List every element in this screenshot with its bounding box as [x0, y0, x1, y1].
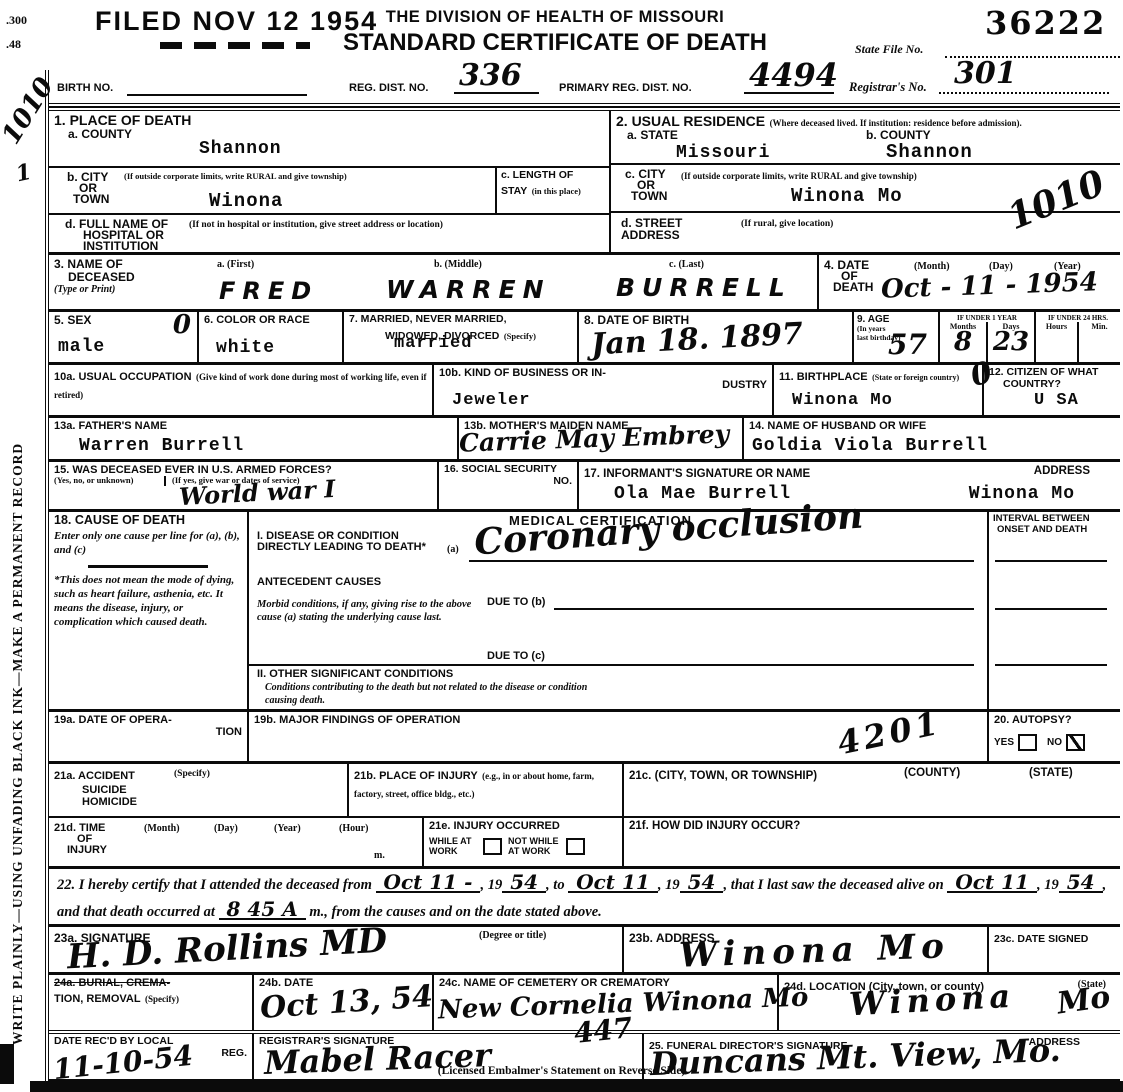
field-7-value: married	[394, 334, 472, 353]
section-23a-signature: 23a. SIGNATURE (Degree or title) H. D. R…	[49, 927, 624, 972]
field-23b-value: Winona Mo	[678, 926, 950, 975]
interval-line-c	[995, 664, 1107, 666]
row-time-of-injury: 21d. TIME OF INJURY (Month) (Day) (Year)…	[49, 816, 1120, 866]
row-parents: 13a. FATHER'S NAME Warren Burrell 13b. M…	[49, 415, 1120, 459]
field-1d-hospital: d. FULL NAME OF HOSPITAL OR INSTITUTION …	[49, 213, 609, 252]
field-24a-label-2: TION, REMOVAL	[54, 993, 141, 1005]
section-23b-address: 23b. ADDRESS Winona Mo	[624, 927, 989, 972]
field-16-label-1: 16. SOCIAL SECURITY	[444, 464, 572, 476]
registrar-no-label: Registrar's No.	[849, 80, 927, 96]
days-col: Days 23	[988, 322, 1034, 362]
section-14-spouse: 14. NAME OF HUSBAND OR WIFE Goldia Viola…	[744, 418, 1120, 459]
due-to-c-label: DUE TO (c)	[487, 650, 545, 662]
field-10b-value: Jeweler	[452, 391, 530, 410]
row-sex-age: 5. SEX 0 male 6. COLOR OR RACE white 7. …	[49, 309, 1120, 362]
field-3-label-2: DECEASED	[68, 271, 204, 284]
field-14-label: 14. NAME OF HUSBAND OR WIFE	[749, 420, 1115, 432]
birth-no-label: BIRTH NO.	[57, 82, 113, 94]
field-12-label-2: COUNTRY?	[1003, 379, 1115, 391]
min-label: Min.	[1079, 322, 1120, 331]
form-box: BIRTH NO. REG. DIST. NO. 336 PRIMARY REG…	[45, 70, 1123, 1082]
field-11-label: 11. BIRTHPLACE	[779, 371, 868, 383]
field-2d-label-2: ADDRESS	[621, 229, 680, 242]
cert-from-year: 54	[502, 873, 546, 893]
margin-vertical-text: WRITE PLAINLY—USING UNFADING BLACK INK—M…	[10, 325, 26, 1045]
cert-time-of-death: 8 45 A	[219, 900, 306, 920]
cert-text-2: , 19	[480, 877, 502, 893]
field-1b-label-3: TOWN	[73, 193, 109, 206]
registrar-number-447: 447	[572, 1011, 634, 1050]
field-1b-city: b. CITY OR TOWN (If outside corporate li…	[49, 168, 497, 213]
field-11-note: (State or foreign country)	[872, 373, 959, 382]
birth-no-blank	[127, 80, 307, 96]
field-19a-label-2: TION	[54, 726, 242, 738]
cert-alive-date: Oct 11	[947, 873, 1037, 893]
field-5-label: 5. SEX	[54, 314, 192, 327]
section-22-certification: 22. I hereby certify that I attended the…	[49, 869, 1120, 924]
field-6-label: 6. COLOR OR RACE	[204, 314, 337, 326]
form-grid: 1. PLACE OF DEATH a. COUNTY Shannon b. C…	[49, 103, 1120, 1082]
section-1-title: 1. PLACE OF DEATH	[54, 113, 604, 128]
cert-alive-year: 54	[1059, 873, 1103, 893]
field-3a-value: FRED	[219, 277, 318, 305]
cert-to-year: 54	[680, 873, 724, 893]
field-21a-label-1: 21a. ACCIDENT	[54, 770, 135, 782]
registration-row: BIRTH NO. REG. DIST. NO. 336 PRIMARY REG…	[49, 70, 1120, 103]
section-12-citizen: 12. CITIZEN OF WHAT COUNTRY? U SA	[984, 365, 1120, 415]
row-armed-forces: 15. WAS DECEASED EVER IN U.S. ARMED FORC…	[49, 459, 1120, 509]
field-18-note-1: Enter only one cause per line for (a), (…	[54, 530, 242, 558]
field-21e-label: 21e. INJURY OCCURRED	[429, 820, 617, 832]
section-21d-time: 21d. TIME OF INJURY (Month) (Day) (Year)…	[49, 818, 424, 866]
field-24a-note: (Specify)	[145, 994, 179, 1004]
field-1d-label-3: INSTITUTION	[83, 240, 158, 253]
field-12-label-1: 12. CITIZEN OF WHAT	[989, 367, 1115, 379]
field-17-label: 17. INFORMANT'S SIGNATURE OR NAME	[584, 468, 810, 480]
section-13b-mother: 13b. MOTHER'S MAIDEN NAME Carrie May Emb…	[459, 418, 744, 459]
row-name-dod: 3. NAME OF DECEASED (Type or Print) a. (…	[49, 252, 1120, 309]
cause-a-line	[469, 560, 974, 562]
section-2-note: (Where deceased lived. If institution: r…	[770, 118, 1022, 128]
section-24a-burial: 24a. BURIAL, CREMA- TION, REMOVAL (Speci…	[49, 975, 254, 1030]
field-3c-value: BURRELL	[616, 273, 792, 302]
interval-label-2: ONSET AND DEATH	[997, 525, 1116, 536]
under-24-hrs-header: IF UNDER 24 HRS.	[1036, 312, 1120, 322]
field-11-value: Winona Mo	[792, 391, 893, 410]
reg-dist-blank	[454, 78, 539, 94]
field-2a-value: Missouri	[676, 143, 770, 163]
field-23c-label: 23c. DATE SIGNED	[994, 933, 1088, 945]
days-value: 23	[988, 327, 1034, 357]
section-7-marital: 7. MARRIED, NEVER MARRIED, WIDOWED, DIVO…	[344, 312, 579, 362]
field-3a-first: a. (First) FRED	[209, 255, 374, 309]
section-8-dob: 8. DATE OF BIRTH Jan 18. 1897	[579, 312, 854, 362]
cert-from-date: Oct 11 -	[376, 873, 481, 893]
interval-line-a	[995, 560, 1107, 562]
field-1b-1c-row: b. CITY OR TOWN (If outside corporate li…	[49, 166, 609, 213]
field-3-label-block: 3. NAME OF DECEASED (Type or Print)	[49, 255, 209, 309]
section-23c-date-signed: 23c. DATE SIGNED	[989, 927, 1120, 972]
field-2d-note: (If rural, give location)	[741, 219, 833, 230]
section-16-ssn: 16. SOCIAL SECURITY NO.	[439, 462, 579, 509]
stamp-smudge	[160, 42, 310, 49]
autopsy-no-checkbox-checked	[1066, 734, 1085, 751]
field-6-value: white	[216, 338, 337, 358]
not-while-at-work-label: NOT WHILE AT WORK	[508, 836, 560, 856]
field-2d-street: d. STREET ADDRESS (If rural, give locati…	[611, 211, 1120, 252]
field-18-ii-note: Conditions contributing to the death but…	[265, 682, 595, 707]
section-9-age: 9. AGE (In years last birthday) 57	[854, 312, 940, 362]
field-2c-note: (If outside corporate limits, write RURA…	[681, 171, 1001, 181]
field-10b-label-1: 10b. KIND OF BUSINESS OR IN-	[439, 367, 767, 379]
field-21f-label: 21f. HOW DID INJURY OCCUR?	[629, 820, 1115, 833]
field-23a-value: H. D. Rollins MD	[66, 921, 388, 978]
field-1a-label: a. COUNTY	[68, 128, 604, 141]
field-1a-value: Shannon	[199, 139, 282, 159]
field-7-label-1: 7. MARRIED, NEVER MARRIED,	[349, 314, 572, 326]
registrar-no-blank	[939, 80, 1109, 94]
field-21a-label-3: HOMICIDE	[82, 796, 342, 808]
field-13a-value: Warren Burrell	[79, 436, 244, 456]
section-15-armed-forces: 15. WAS DECEASED EVER IN U.S. ARMED FORC…	[49, 462, 439, 509]
field-21d-hour: (Hour)	[339, 823, 368, 835]
field-24a-label-1: 24a. BURIAL, CREMA-	[54, 977, 247, 989]
cert-text-8: m., from the causes and on the date stat…	[309, 904, 601, 920]
field-13a-label: 13a. FATHER'S NAME	[54, 420, 452, 432]
section-6-color-race: 6. COLOR OR RACE white	[199, 312, 344, 362]
field-21b-label: 21b. PLACE OF INJURY	[354, 770, 478, 782]
field-1c-label-1: c. LENGTH OF	[501, 170, 605, 182]
death-certificate-scan: .300 .48 1010 1 WRITE PLAINLY—USING UNFA…	[0, 0, 1123, 1092]
cert-text-3: , to	[546, 877, 565, 893]
field-3-label-3: (Type or Print)	[54, 284, 204, 297]
field-21c-label: 21c. (CITY, TOWN, OR TOWNSHIP)	[629, 770, 817, 782]
cert-text-4: , 19	[658, 877, 680, 893]
field-21c-state-label: (STATE)	[1029, 767, 1073, 780]
field-10b-label-2: DUSTRY	[439, 379, 767, 391]
row-operation: 19a. DATE OF OPERA- TION 19b. MAJOR FIND…	[49, 709, 1120, 761]
row-cause-of-death: 18. CAUSE OF DEATH Enter only one cause …	[49, 509, 1120, 709]
section-19b-findings: 19b. MAJOR FINDINGS OF OPERATION 4201	[249, 712, 989, 761]
months-value: 8	[940, 327, 986, 357]
row-occupation: 10a. USUAL OCCUPATION (Give kind of work…	[49, 362, 1120, 415]
section-5-sex: 5. SEX 0 male	[49, 312, 199, 362]
field-24d-state-value: Mo	[1055, 979, 1113, 1021]
reg-dist-label: REG. DIST. NO.	[349, 82, 428, 94]
field-1c-length-of-stay: c. LENGTH OF STAY (in this place)	[497, 168, 609, 213]
row-signature: 23a. SIGNATURE (Degree or title) H. D. R…	[49, 924, 1120, 972]
field-18-ii-label: II. OTHER SIGNIFICANT CONDITIONS	[257, 668, 453, 680]
field-3b-middle: b. (Middle) WARREN	[374, 255, 614, 309]
section-2-title: 2. USUAL RESIDENCE	[616, 113, 765, 129]
findings-scribble-4201: 4201	[834, 703, 945, 762]
antecedent-note: Morbid conditions, if any, giving rise t…	[257, 598, 479, 624]
section-21e-injury-occurred: 21e. INJURY OCCURRED WHILE AT WORK NOT W…	[424, 818, 624, 866]
field-18-note-2: *This does not mean the mode of dying, s…	[54, 574, 242, 629]
sex-scribble-0: 0	[173, 310, 191, 340]
cert-text-1: 22. I hereby certify that I attended the…	[57, 877, 372, 893]
field-21a-note: (Specify)	[174, 769, 210, 780]
field-17-address-label: ADDRESS	[1034, 465, 1090, 478]
field-4-month-label: (Month)	[914, 261, 950, 273]
primary-reg-label: PRIMARY REG. DIST. NO.	[559, 82, 692, 94]
autopsy-yes-checkbox	[1018, 734, 1037, 751]
not-while-at-work-checkbox	[566, 838, 585, 855]
section-21b-place-of-injury: 21b. PLACE OF INJURY (e.g., in or about …	[349, 764, 624, 816]
section-10a-occupation: 10a. USUAL OCCUPATION (Give kind of work…	[49, 365, 434, 415]
field-9-value: 57	[888, 328, 927, 361]
form-title: STANDARD CERTIFICATE OF DEATH	[315, 30, 795, 57]
field-21d-m-suffix: m.	[374, 850, 385, 862]
section-20-autopsy: 20. AUTOPSY? YES NO	[989, 712, 1120, 761]
section-18-medical-certification: MEDICAL CERTIFICATION I. DISEASE OR COND…	[249, 512, 989, 709]
field-20-label: 20. AUTOPSY?	[994, 714, 1115, 726]
hours-col: Hours	[1036, 322, 1079, 362]
field-3c-last: c. (Last) BURRELL	[614, 255, 817, 309]
field-3b-value: WARREN	[386, 275, 551, 304]
field-3b-label: b. (Middle)	[434, 259, 482, 271]
field-21d-year: (Year)	[274, 823, 301, 835]
field-7-note: (Specify)	[504, 331, 536, 341]
section-11-birthplace: 11. BIRTHPLACE (State or foreign country…	[774, 365, 984, 415]
field-23a-degree-note: (Degree or title)	[479, 930, 546, 942]
field-4-label-3: DEATH	[833, 281, 873, 294]
cert-text-5: , that I last saw the deceased alive on	[723, 877, 943, 893]
due-to-b-label: DUE TO (b)	[487, 596, 545, 608]
field-18-title: 18. CAUSE OF DEATH	[54, 514, 242, 528]
field-3c-label: c. (Last)	[669, 259, 704, 271]
field-14-value: Goldia Viola Burrell	[752, 436, 988, 456]
section-21f-how: 21f. HOW DID INJURY OCCUR?	[624, 818, 1120, 866]
section-10b-business: 10b. KIND OF BUSINESS OR IN- DUSTRY Jewe…	[434, 365, 774, 415]
section-24b-date: 24b. DATE Oct 13, 54	[254, 975, 434, 1030]
row-accident: 21a. ACCIDENT (Specify) SUICIDE HOMICIDE…	[49, 761, 1120, 816]
section-18-interval: INTERVAL BETWEEN ONSET AND DEATH	[989, 512, 1120, 709]
field-2c-value: Winona Mo	[791, 185, 903, 207]
field-21a-label-2: SUICIDE	[82, 784, 342, 796]
field-18-a-tag: (a)	[447, 544, 459, 556]
field-21c-county-label: (COUNTY)	[904, 767, 960, 780]
section-24d-location: 24d. LOCATION (City, town, or county) (S…	[779, 975, 1120, 1030]
field-2a-label: a. STATE	[627, 129, 678, 142]
field-10a-label: 10a. USUAL OCCUPATION	[54, 371, 192, 383]
field-1b-value: Winona	[209, 190, 283, 212]
row-certification: 22. I hereby certify that I attended the…	[49, 866, 1120, 924]
field-1c-note: (in this place)	[532, 186, 581, 196]
section-18-side-notes: 18. CAUSE OF DEATH Enter only one cause …	[49, 512, 249, 709]
interval-line-b	[995, 608, 1107, 610]
section-9-under-24-hrs: IF UNDER 24 HRS. Hours Min.	[1036, 312, 1120, 362]
scan-bottom-bar	[30, 1081, 1123, 1092]
field-2c-city: c. CITY OR TOWN (If outside corporate li…	[611, 163, 1120, 210]
section-4-date-of-death: 4. DATE OF DEATH (Month) (Day) (Year) Oc…	[819, 255, 1120, 309]
antecedent-causes-label: ANTECEDENT CAUSES	[257, 576, 381, 588]
section-13a-father: 13a. FATHER'S NAME Warren Burrell	[49, 418, 459, 459]
autopsy-no-label: NO	[1047, 737, 1062, 748]
state-file-no-label: State File No.	[855, 42, 923, 57]
field-2c-label-3: TOWN	[631, 190, 667, 203]
autopsy-yes-label: YES	[994, 737, 1014, 748]
due-c-line	[249, 664, 974, 666]
field-1d-note: (If not in hospital or institution, give…	[189, 220, 569, 231]
margin-note-48: .48	[6, 38, 21, 52]
field-4-value: Oct - 11 - 1954	[881, 267, 1099, 305]
registrar-signature-value: Mabel Racer	[263, 1036, 491, 1082]
field-5-value: male	[58, 337, 192, 357]
field-24d-value: Winona	[848, 977, 1016, 1024]
section-21a-accident: 21a. ACCIDENT (Specify) SUICIDE HOMICIDE	[49, 764, 349, 816]
cert-to-date: Oct 11	[568, 873, 658, 893]
margin-note-300: .300	[6, 14, 27, 28]
section-21c-location: 21c. (CITY, TOWN, OR TOWNSHIP) (COUNTY) …	[624, 764, 1120, 816]
field-18-i-label-2: DIRECTLY LEADING TO DEATH*	[257, 541, 426, 553]
section-19a-date-of-operation: 19a. DATE OF OPERA- TION	[49, 712, 249, 761]
primary-reg-blank	[744, 78, 834, 94]
section-3-name: 3. NAME OF DECEASED (Type or Print) a. (…	[49, 255, 819, 309]
field-21d-day: (Day)	[214, 823, 238, 835]
hours-label: Hours	[1036, 322, 1077, 331]
section-1-place-of-death: 1. PLACE OF DEATH a. COUNTY Shannon b. C…	[49, 111, 611, 252]
while-at-work-checkbox	[483, 838, 502, 855]
while-at-work-label: WHILE AT WORK	[429, 836, 477, 856]
under-1-year-header: IF UNDER 1 YEAR	[940, 312, 1034, 322]
certificate-number: 36222	[985, 4, 1106, 42]
field-1c-label-2: STAY	[501, 185, 527, 197]
section-9-under-1-year: IF UNDER 1 YEAR Months 8 Days 23	[940, 312, 1036, 362]
cert-text-6: , 19	[1037, 877, 1059, 893]
section-2-usual-residence: 2. USUAL RESIDENCE (Where deceased lived…	[611, 111, 1120, 252]
field-19a-label-1: 19a. DATE OF OPERA-	[54, 714, 242, 726]
field-2b-value: Shannon	[886, 141, 973, 163]
field-1b-note: (If outside corporate limits, write RURA…	[124, 172, 424, 182]
org-line: THE DIVISION OF HEALTH OF MISSOURI	[335, 8, 775, 26]
field-3a-label: a. (First)	[217, 259, 254, 271]
margin-scribble-1: 1	[13, 159, 33, 188]
min-col: Min.	[1079, 322, 1120, 362]
field-16-label-2: NO.	[444, 476, 572, 488]
field-21d-label-3: INJURY	[67, 844, 107, 856]
field-17-address-value: Winona Mo	[969, 484, 1075, 504]
due-b-line	[554, 608, 974, 610]
field-12-value: U SA	[1034, 391, 1079, 410]
field-21d-month: (Month)	[144, 823, 180, 835]
row-place-residence: 1. PLACE OF DEATH a. COUNTY Shannon b. C…	[49, 107, 1120, 252]
field-2ab-row: 2. USUAL RESIDENCE (Where deceased lived…	[611, 111, 1120, 163]
field-15-note-1: (Yes, no, or unknown)	[54, 476, 164, 486]
field-1a-county: 1. PLACE OF DEATH a. COUNTY Shannon	[49, 111, 609, 166]
